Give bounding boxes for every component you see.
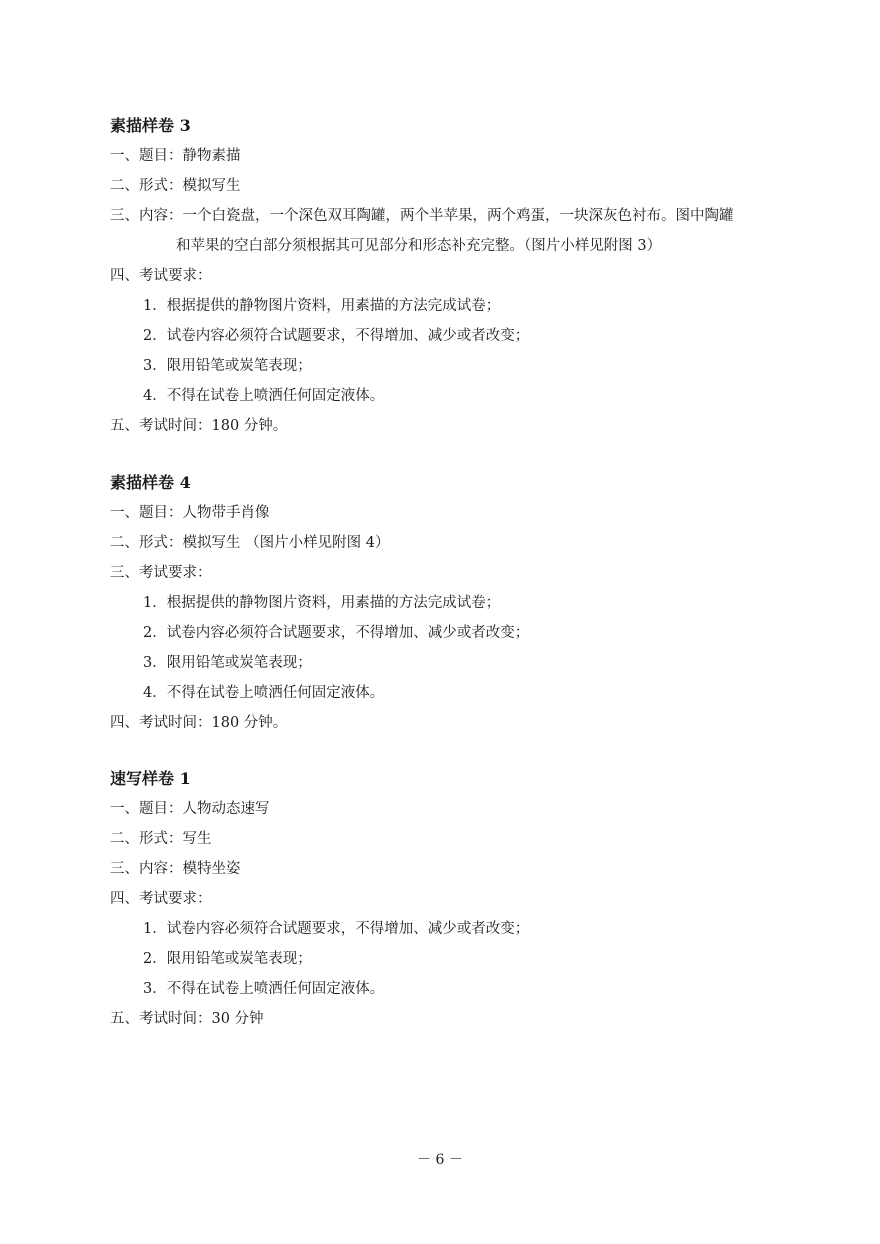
item-content: 三、内容：一个白瓷盘，一个深色双耳陶罐，两个半苹果，两个鸡蛋，一块深灰色衬布。图… — [110, 201, 790, 261]
requirement-1: 1．根据提供的静物图片资料，用素描的方法完成试卷； — [110, 588, 790, 618]
item-format: 二、形式：模拟写生 （图片小样见附图 4） — [110, 528, 790, 558]
requirement-2: 2．试卷内容必须符合试题要求，不得增加、减少或者改变； — [110, 321, 790, 351]
item-format: 二、形式：模拟写生 — [110, 171, 790, 201]
section-title: 素描样卷 3 — [110, 111, 790, 141]
requirement-2: 2．试卷内容必须符合试题要求，不得增加、减少或者改变； — [110, 618, 790, 648]
requirement-4: 4．不得在试卷上喷洒任何固定液体。 — [110, 381, 790, 411]
item-topic: 一、题目：人物动态速写 — [110, 794, 790, 824]
page-number: － 6 － — [0, 1150, 880, 1170]
item-format: 二、形式：写生 — [110, 824, 790, 854]
requirement-1: 1．根据提供的静物图片资料，用素描的方法完成试卷； — [110, 291, 790, 321]
section-title: 素描样卷 4 — [110, 468, 790, 498]
requirement-3: 3．不得在试卷上喷洒任何固定液体。 — [110, 974, 790, 1004]
item-content: 三、内容：模特坐姿 — [110, 854, 790, 884]
document-page: 素描样卷 3 一、题目：静物素描 二、形式：模拟写生 三、内容：一个白瓷盘，一个… — [0, 0, 880, 1244]
requirement-4: 4．不得在试卷上喷洒任何固定液体。 — [110, 678, 790, 708]
item-requirements: 四、考试要求： — [110, 884, 790, 914]
item-requirements: 三、考试要求： — [110, 558, 790, 588]
item-content-line2: 和苹果的空白部分须根据其可见部分和形态补充完整。（图片小样见附图 3） — [110, 231, 790, 261]
requirement-3: 3．限用铅笔或炭笔表现； — [110, 351, 790, 381]
section-sketch-sample-4: 素描样卷 4 一、题目：人物带手肖像 二、形式：模拟写生 （图片小样见附图 4）… — [110, 468, 790, 738]
requirement-2: 2．限用铅笔或炭笔表现； — [110, 944, 790, 974]
item-exam-time: 五、考试时间：180 分钟。 — [110, 411, 790, 441]
item-topic: 一、题目：静物素描 — [110, 141, 790, 171]
item-exam-time: 四、考试时间：180 分钟。 — [110, 708, 790, 738]
item-exam-time: 五、考试时间：30 分钟 — [110, 1004, 790, 1034]
section-title: 速写样卷 1 — [110, 764, 790, 794]
section-quick-sketch-sample-1: 速写样卷 1 一、题目：人物动态速写 二、形式：写生 三、内容：模特坐姿 四、考… — [110, 764, 790, 1034]
requirement-1: 1．试卷内容必须符合试题要求，不得增加、减少或者改变； — [110, 914, 790, 944]
section-sketch-sample-3: 素描样卷 3 一、题目：静物素描 二、形式：模拟写生 三、内容：一个白瓷盘，一个… — [110, 111, 790, 441]
requirement-3: 3．限用铅笔或炭笔表现； — [110, 648, 790, 678]
item-requirements: 四、考试要求： — [110, 261, 790, 291]
item-content-line1: 三、内容：一个白瓷盘，一个深色双耳陶罐，两个半苹果，两个鸡蛋，一块深灰色衬布。图… — [110, 201, 790, 231]
item-topic: 一、题目：人物带手肖像 — [110, 498, 790, 528]
